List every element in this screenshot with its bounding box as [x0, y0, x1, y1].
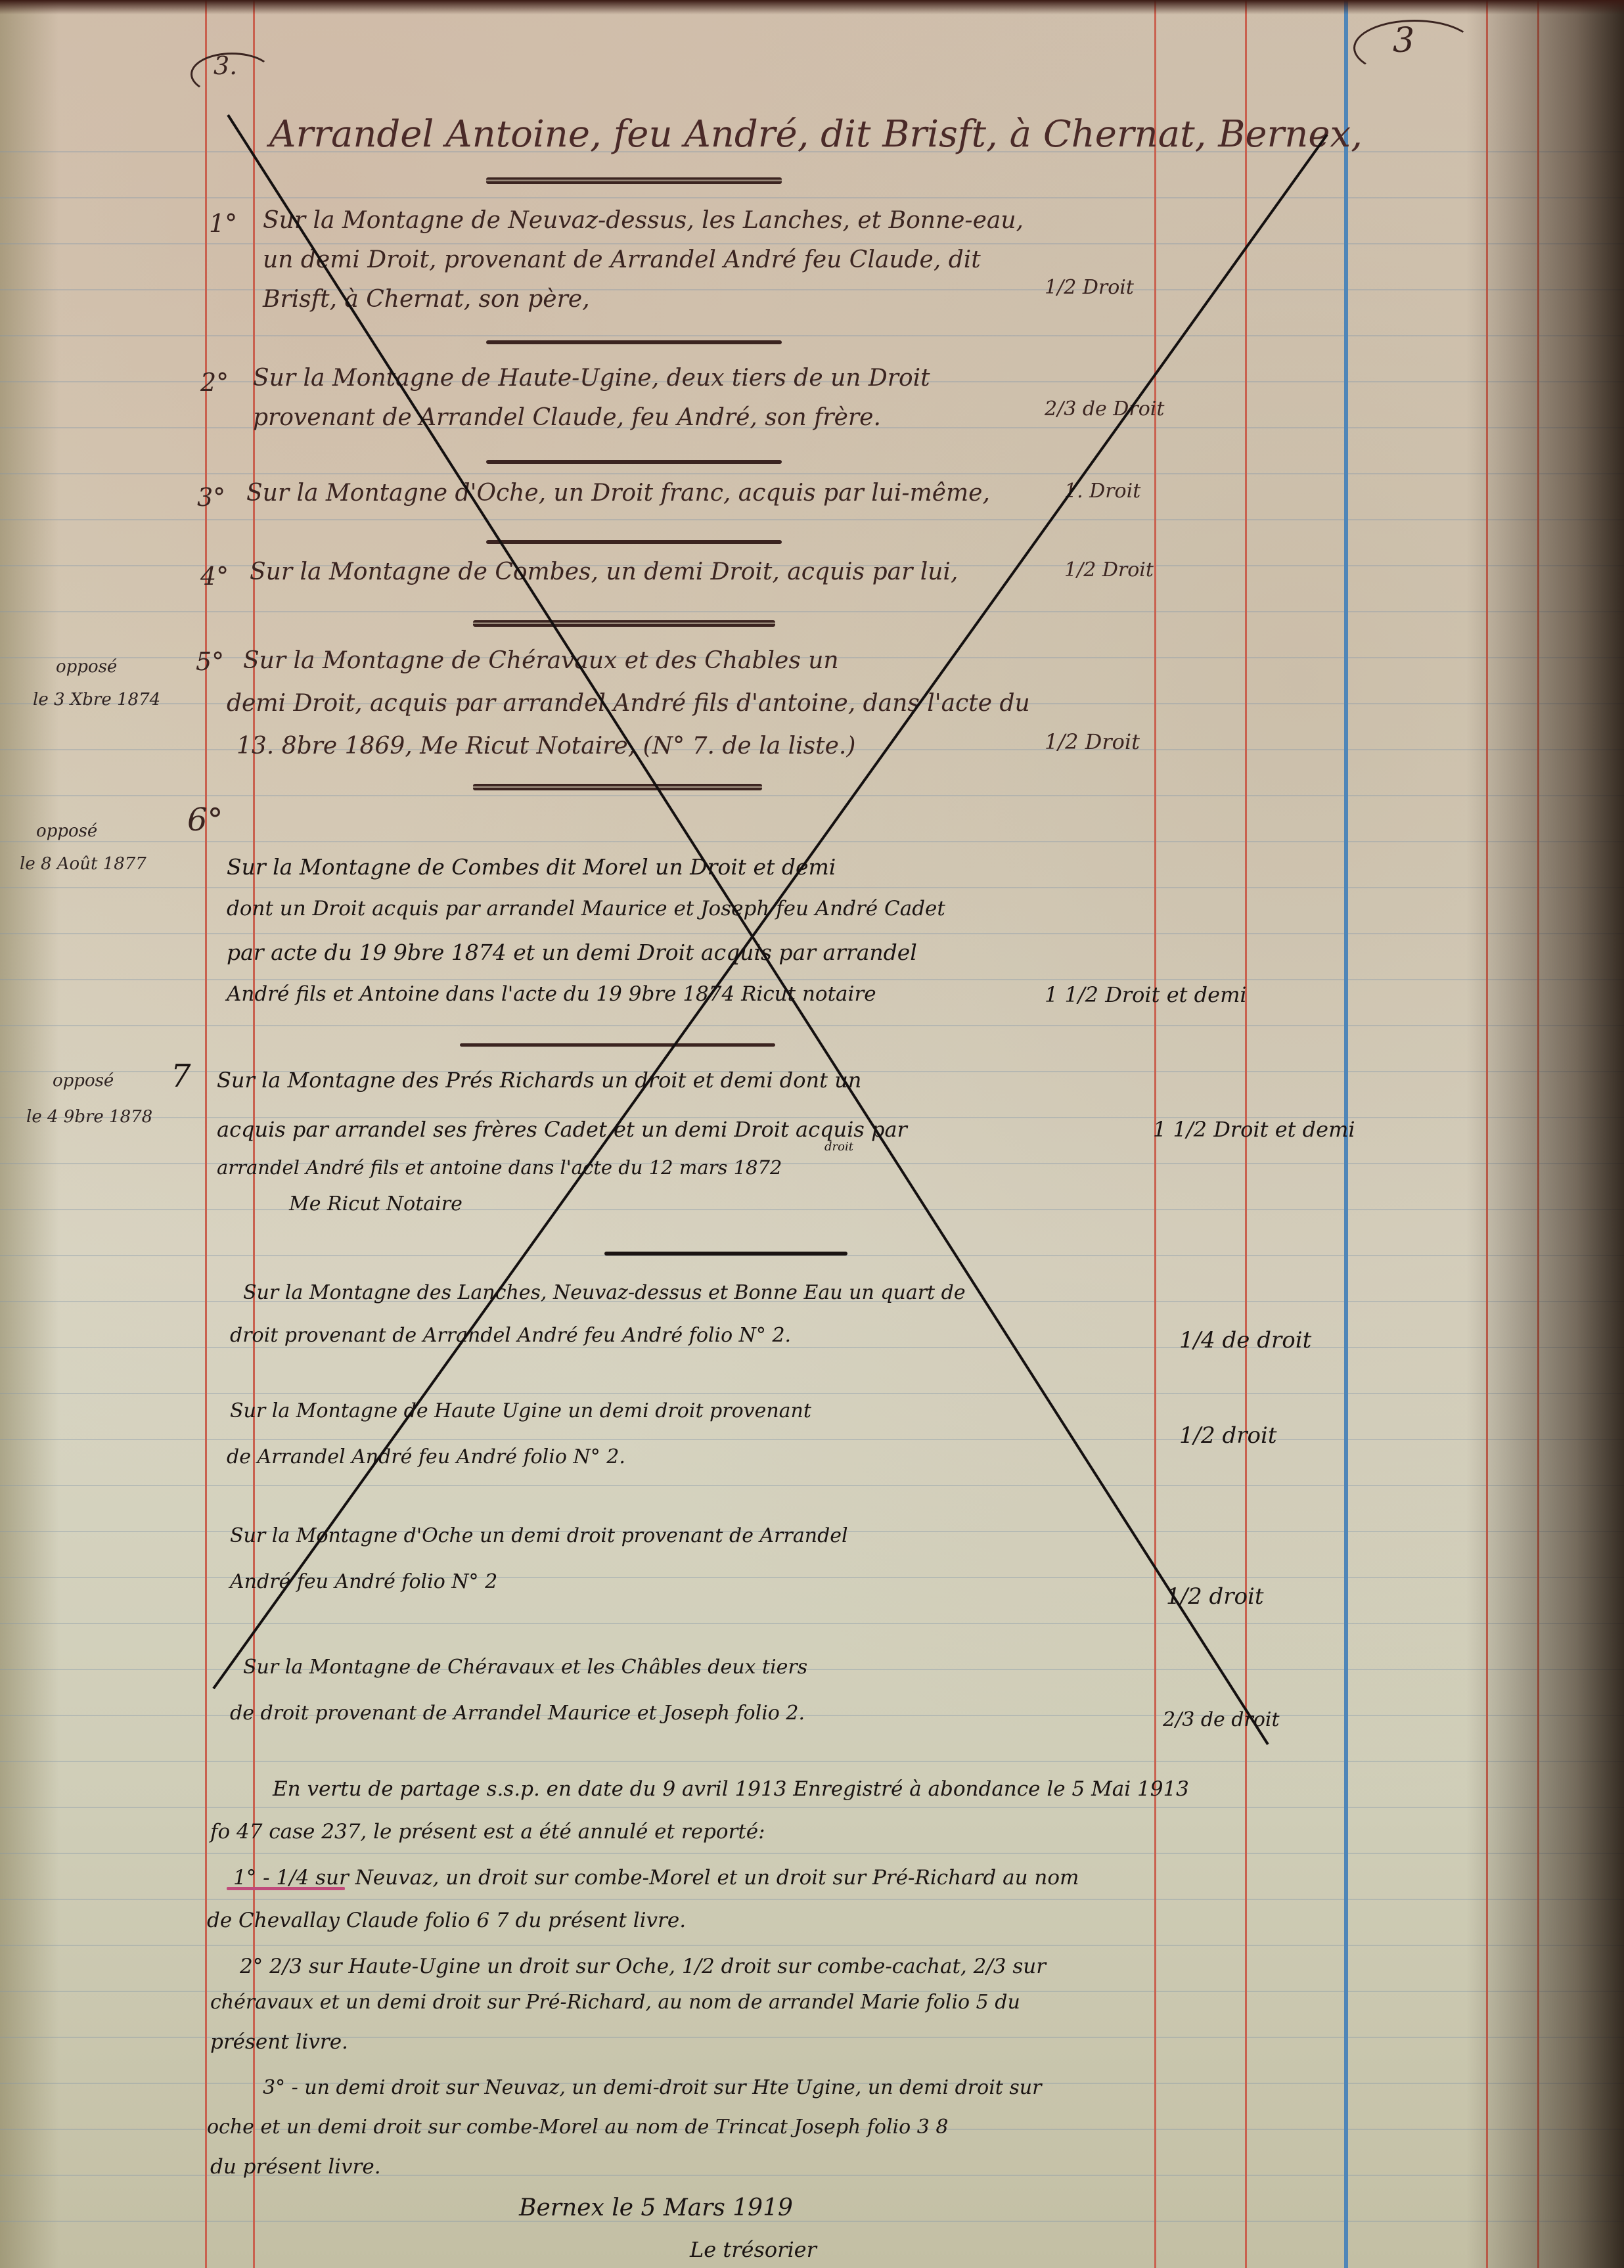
signature-place-date: Bernex le 5 Mars 1919 [519, 2194, 793, 2221]
ledger-page: 3. 3 Arrandel Antoine, feu André, dit Br… [0, 0, 1624, 2268]
annotation-line: En vertu de partage s.s.p. en date du 9 … [273, 1777, 1189, 1801]
page-curl-shadow [1466, 0, 1624, 2268]
annotation-line: 2° 2/3 sur Haute-Ugine un droit sur Oche… [240, 1955, 1046, 1978]
annotation-line: oche et un demi droit sur combe-Morel au… [207, 2116, 948, 2139]
annotation-line: du présent livre. [210, 2155, 381, 2179]
annotation-line: chéravaux et un demi droit sur Pré-Richa… [210, 1991, 1020, 2014]
annotation-line: 1° - 1/4 sur Neuvaz, un droit sur combe-… [233, 1866, 1079, 1890]
pink-strike-mark [227, 1887, 345, 1890]
signature-title: Le trésorier [690, 2237, 817, 2262]
annotation-line: fo 47 case 237, le présent est a été ann… [210, 1820, 765, 1844]
annotation-line: 3° - un demi droit sur Neuvaz, un demi-d… [263, 2076, 1041, 2099]
annotation-line: de Chevallay Claude folio 6 7 du présent… [207, 1909, 686, 1932]
top-edge-shadow [0, 0, 1624, 14]
annotation-line: présent livre. [210, 2030, 348, 2054]
